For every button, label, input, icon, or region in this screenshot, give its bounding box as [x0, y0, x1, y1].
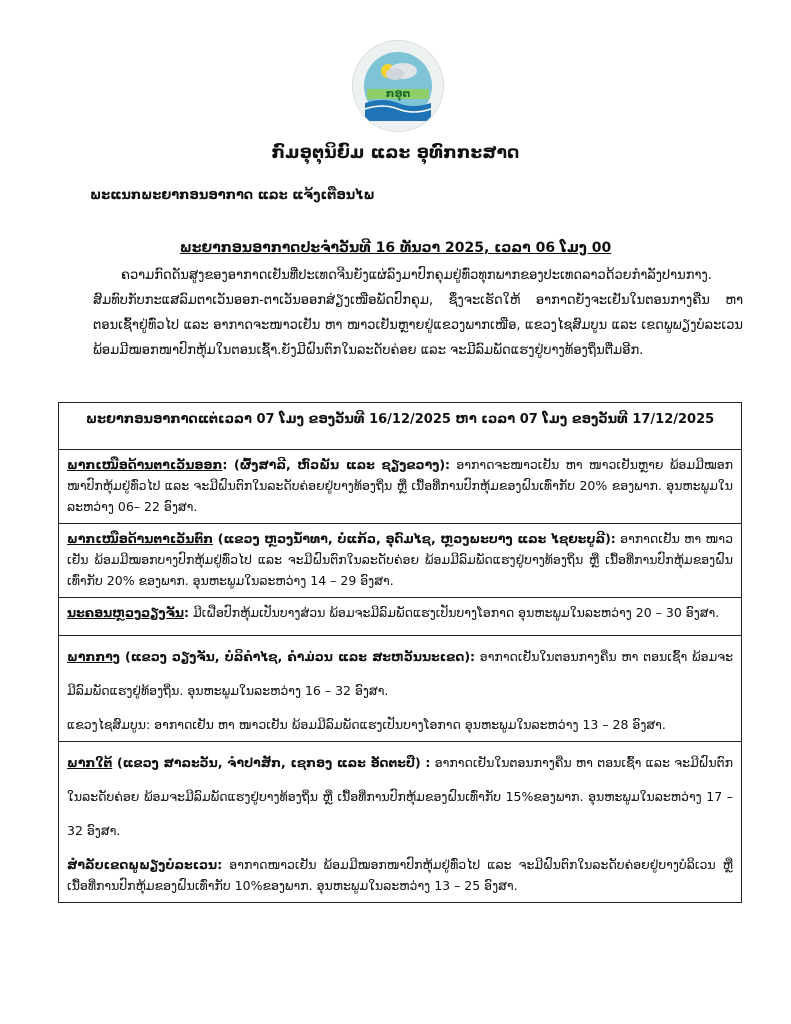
region-provinces: (ແຂວງ ສາລະວັນ, ຈຳປາສັກ, ເຊກອງ ແລະ ອັດຕະປ… — [112, 755, 430, 770]
table-row: ພາກເໜືອດ້ານຕາເວັນຕົກ (ແຂວງ ຫຼວງນ້ຳທາ, ບໍ… — [59, 524, 742, 598]
forecast-period-heading: ພະຍາກອນອາກາດແຕ່ເວລາ 07 ໂມງ ຂອງວັນທີ 16/1… — [59, 403, 742, 450]
table-row: ພາກໃຕ້ (ແຂວງ ສາລະວັນ, ຈຳປາສັກ, ເຊກອງ ແລະ… — [59, 742, 742, 903]
region-name: ນະຄອນຫຼວງວຽງຈັນ — [67, 605, 184, 620]
synoptic-summary: ຄວາມກົດດັນສູງຂອງອາກາດເຢັນທີ່ປະເທດຈີນຍັງແ… — [93, 263, 743, 363]
region-name: ພາກໃຕ້ — [67, 755, 112, 770]
logo-text: ກອຸຕ — [386, 87, 411, 102]
region-provinces: : (ຜົ້ງສາລີ, ຫົວພັນ ແລະ ຊຽງຂວາງ): — [222, 457, 450, 472]
dmh-logo-icon: ກອຸຕ — [352, 40, 444, 132]
table-row: ພາກກາງ (ແຂວງ ວຽງຈັນ, ບໍລິຄຳໄຊ, ຄຳມ່ວນ ແລ… — [59, 636, 742, 742]
ministry-title: ກົມອຸຕຸນິຍົມ ແລະ ອຸທົກກະສາດ — [0, 143, 791, 163]
region-provinces: (ແຂວງ ວຽງຈັນ, ບໍລິຄຳໄຊ, ຄຳມ່ວນ ແລະ ສະຫວັ… — [120, 649, 475, 664]
region-name: ພາກເໜືອດ້ານຕາເວັນອອກ — [67, 457, 222, 472]
region-name: ພາກກາງ — [67, 649, 120, 664]
department-name: ພະແນກພະຍາກອນອາກາດ ແລະ ແຈ້ງເຕືອນໄພ — [90, 188, 375, 203]
region-name: ພາກເໜືອດ້ານຕາເວັນຕົກ — [67, 531, 213, 546]
region-forecast-text: ມີເຝືອປົກຫຸ້ມເປັນບາງສ່ວນ ພ້ອມຈະມີລົມພັດແ… — [189, 605, 719, 620]
document-title: ພະຍາກອນອາກາດປະຈຳວັນທີ 16 ທັນວາ 2025, ເວລ… — [0, 240, 791, 256]
subregion-name: ແຂວງໄຊສົມບູນ: — [67, 717, 150, 732]
subregion-name: ສຳລັບເຂດພູພຽງບໍລະເວນ: — [67, 857, 222, 872]
table-row: ພາກເໜືອດ້ານຕາເວັນອອກ: (ຜົ້ງສາລີ, ຫົວພັນ … — [59, 450, 742, 524]
subregion-forecast-text: ອາກາດເຢັນ ຫາ ໜາວເຢັນ ພ້ອມມີລົມພັດແຮງເປັນ… — [150, 717, 666, 732]
forecast-table: ພະຍາກອນອາກາດແຕ່ເວລາ 07 ໂມງ ຂອງວັນທີ 16/1… — [58, 402, 742, 903]
table-row: ນະຄອນຫຼວງວຽງຈັນ: ມີເຝືອປົກຫຸ້ມເປັນບາງສ່ວ… — [59, 598, 742, 636]
region-provinces: (ແຂວງ ຫຼວງນ້ຳທາ, ບໍ່ແກ້ວ, ອຸດົມໄຊ, ຫຼວງພ… — [213, 531, 616, 546]
